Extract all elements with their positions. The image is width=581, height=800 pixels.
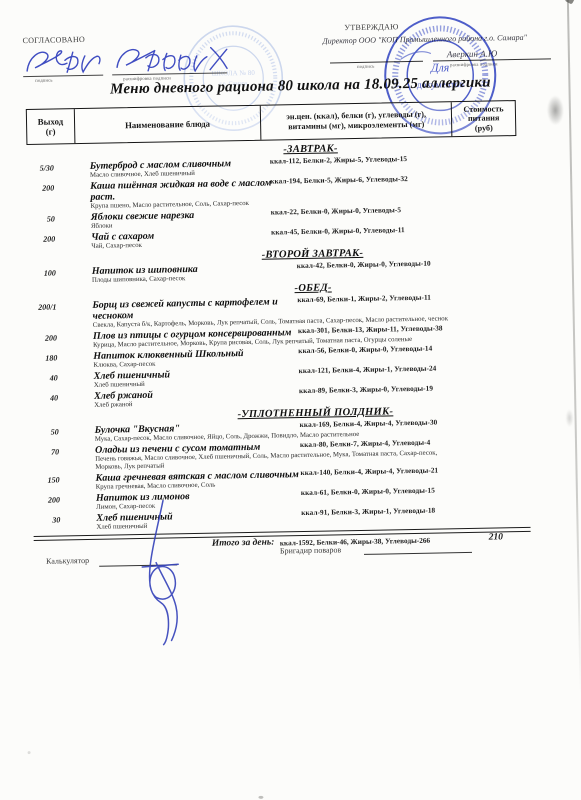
scanned-menu-document: СОГЛАСОВАНО подпись расшифровка подписи … xyxy=(0,0,581,800)
document-content: СОГЛАСОВАНО подпись расшифровка подписи … xyxy=(0,0,581,800)
scan-smudge xyxy=(547,95,565,125)
total-cost: 210 xyxy=(489,532,503,542)
row-output-grams: 180 xyxy=(30,353,57,362)
col-header-output: Выход (г) xyxy=(27,109,75,144)
scan-speck xyxy=(28,751,31,754)
total-label: Итого за день: xyxy=(212,537,275,548)
faint-stamp-line1: ШКОЛА № 80 xyxy=(211,69,255,78)
col-header-dish: Наименование блюда xyxy=(75,106,262,143)
row-output-grams: 40 xyxy=(31,373,58,382)
handwritten-signature-bottom xyxy=(121,496,204,649)
calculator-label: Калькулятор xyxy=(46,556,89,566)
scan-speck xyxy=(258,796,263,799)
row-output-grams: 5/30 xyxy=(27,164,54,173)
brigadier-signature-line xyxy=(364,552,472,555)
row-output-grams: 200 xyxy=(30,333,57,342)
row-output-grams: 30 xyxy=(33,515,60,524)
col-header-cost: Стоимость питания (руб) xyxy=(452,101,515,136)
row-output-grams: 40 xyxy=(31,393,58,402)
row-output-grams: 200 xyxy=(33,495,60,504)
row-output-grams: 50 xyxy=(32,427,59,436)
row-output-grams: 200 xyxy=(27,184,54,193)
table-header: Выход (г) Наименование блюда эн.цен. (кк… xyxy=(26,100,517,145)
menu-row: 100 Напиток из шиповника ккал-42, Белки-… xyxy=(29,258,526,286)
row-output-grams: 50 xyxy=(28,215,55,224)
row-output-grams: 70 xyxy=(32,447,59,456)
stamp-center-line1: Для xyxy=(430,60,450,74)
row-output-grams: 150 xyxy=(33,475,60,484)
menu-table-body: -ЗАВТРАК- 5/30 Бутерброд с маслом сливоч… xyxy=(26,138,530,556)
approved-sign-caption: подпись xyxy=(357,64,375,69)
scan-smudge-small xyxy=(565,409,573,427)
row-output-grams: 100 xyxy=(29,269,56,278)
col-header-nutrition: эн.цен. (ккал), белки (г), углеводы (г),… xyxy=(261,102,453,139)
row-output-grams: 200 xyxy=(28,235,55,244)
row-output-grams: 200/1 xyxy=(29,302,56,311)
menu-rows-host: -ЗАВТРАК- 5/30 Бутерброд с маслом сливоч… xyxy=(27,140,531,533)
brigadier-label: Бригадир поваров xyxy=(280,545,341,555)
